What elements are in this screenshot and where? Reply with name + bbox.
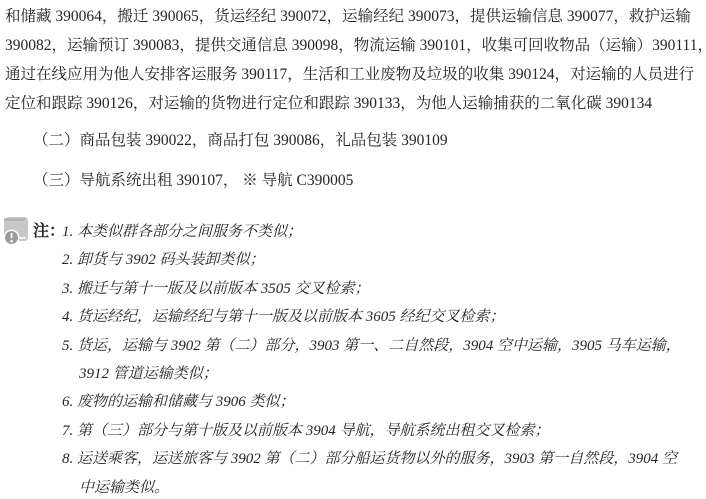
- note-item-7: 7. 第（三）部分与第十版及以前版本 3904 导航，导航系统出租交叉检索；: [62, 417, 706, 445]
- note-item-6: 6. 废物的运输和储藏与 3906 类似；: [62, 388, 706, 416]
- intro-line-2: 390082，运输预订 390083，提供交通信息 390098，物流运输 39…: [5, 31, 706, 60]
- notes-section: 注： 1. 本类似群各部分之间服务不类似； 2. 卸货与 3902 码头装卸类似…: [0, 218, 706, 499]
- notes-list: 1. 本类似群各部分之间服务不类似； 2. 卸货与 3902 码头装卸类似； 3…: [62, 218, 706, 499]
- note-item-4: 4. 货运经纪，运输经纪与第十一版及以前版本 3605 经纪交叉检索；: [62, 303, 706, 331]
- intro-line-1: 和储藏 390064，搬迁 390065，货运经纪 390072，运输经纪 39…: [5, 2, 706, 31]
- note-item-8: 8. 运送乘客，运送旅客与 3902 第（二）部分船运货物以外的服务，3903 …: [62, 445, 706, 499]
- note-item-5: 5. 货运，运输与 3902 第（二）部分，3903 第一、二自然段，3904 …: [62, 332, 706, 389]
- note-item-3: 3. 搬迁与第十一版及以前版本 3505 交叉检索；: [62, 275, 706, 303]
- document-page: 和储藏 390064，搬迁 390065，货运经纪 390072，运输经纪 39…: [0, 0, 706, 499]
- note-item-1: 1. 本类似群各部分之间服务不类似；: [62, 218, 706, 246]
- intro-paragraph: 和储藏 390064，搬迁 390065，货运经纪 390072，运输经纪 39…: [0, 0, 706, 118]
- intro-line-3: 通过在线应用为他人安排客运服务 390117，生活和工业废物及垃圾的收集 390…: [5, 60, 706, 89]
- section-item-3: （三）导航系统出租 390107， ※ 导航 C390005: [33, 171, 706, 191]
- section-item-2: （二）商品包装 390022，商品打包 390086，礼品包装 390109: [33, 131, 706, 151]
- note-item-2: 2. 卸货与 3902 码头装卸类似；: [62, 246, 706, 274]
- intro-line-4: 定位和跟踪 390126，对运输的货物进行定位和跟踪 390133，为他人运输捕…: [5, 89, 706, 118]
- notes-label: 注：: [33, 222, 65, 242]
- book-alert-icon: [2, 216, 30, 246]
